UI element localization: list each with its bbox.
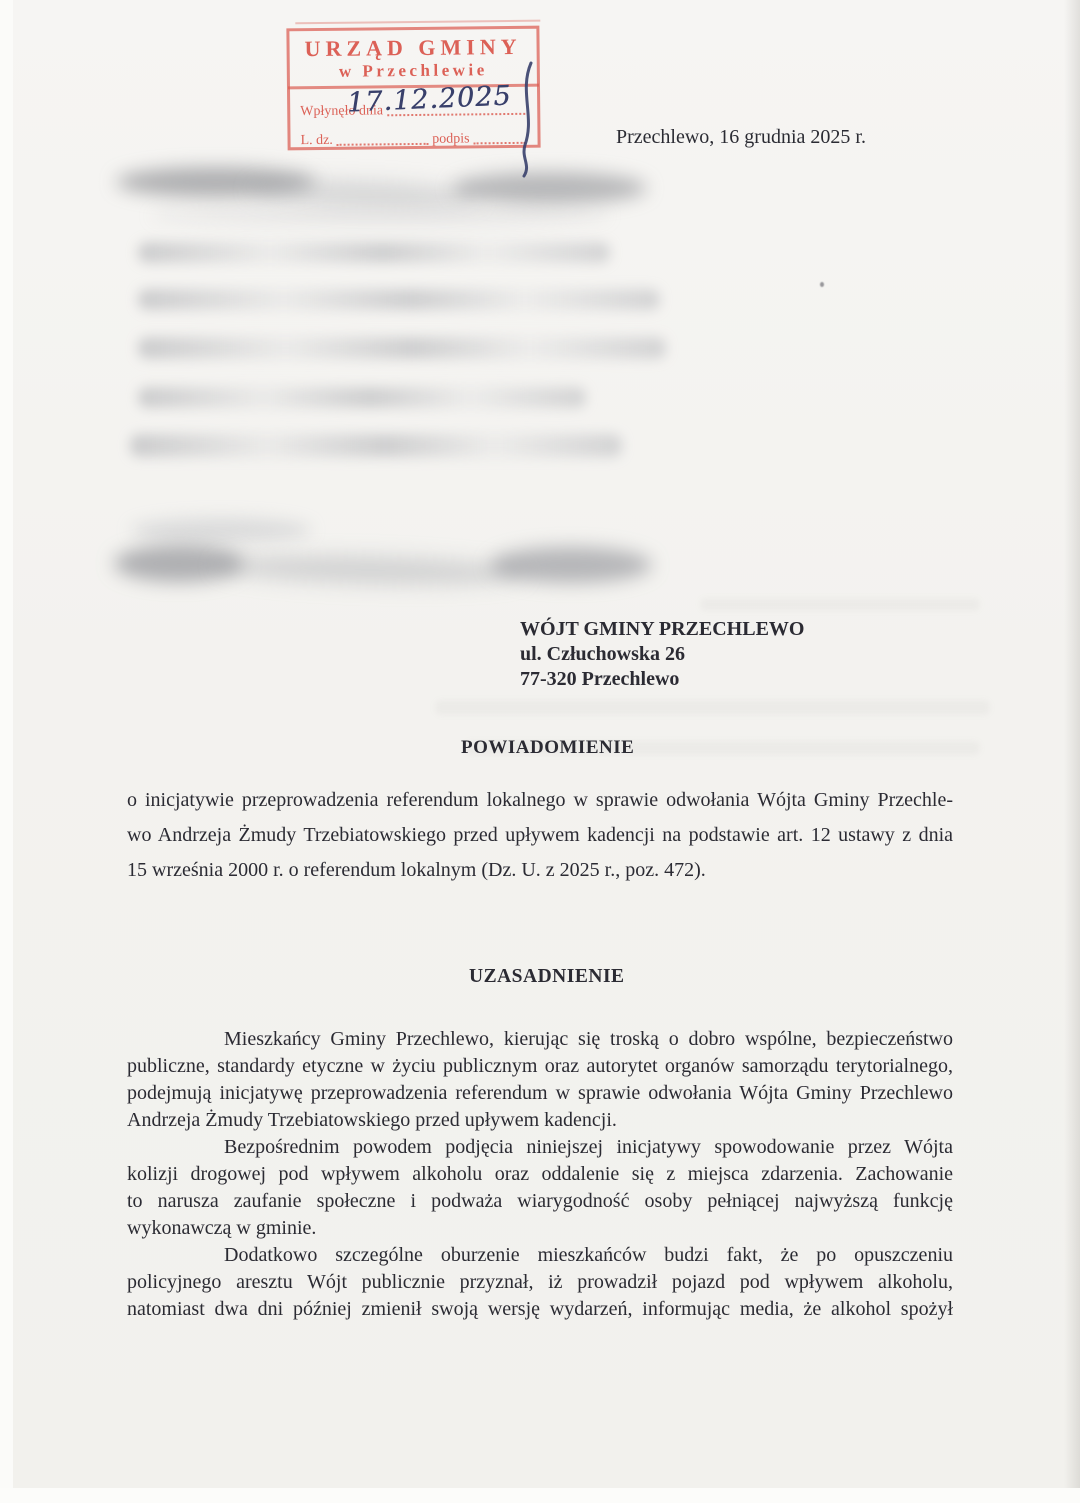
- justification-line: Andrzeja Żmudy Trzebiatowskiego przed up…: [127, 1107, 953, 1134]
- redacted-line: [131, 518, 311, 542]
- redacted-line: [138, 337, 666, 359]
- justification-line: kolizji drogowej pod wpływem alkoholu or…: [127, 1161, 953, 1188]
- scanned-letter-page: URZĄD GMINY w Przechlewie Wpłynęło dnia …: [0, 0, 1080, 1503]
- pen-signature-stroke: [505, 55, 555, 180]
- notice-title: POWIADOMIENIE: [461, 737, 634, 759]
- stamp-ref-label: L. dz.: [300, 133, 332, 149]
- scan-edge-right: [1064, 0, 1080, 1503]
- bleedthrough-ghost: [435, 700, 990, 715]
- justification-line: publiczne, standardy etyczne w życiu pub…: [127, 1053, 953, 1080]
- justification-line: to narusza zaufanie społeczne i podważa …: [127, 1188, 953, 1215]
- notice-body: o inicjatywie przeprowadzenia referendum…: [127, 783, 953, 888]
- dotted-line: [337, 134, 429, 146]
- justification-line: podejmują inicjatywę przeprowadzenia ref…: [127, 1080, 953, 1107]
- addressee-name: WÓJT GMINY PRZECHLEWO: [520, 617, 804, 642]
- justification-line: wykonawczą w gminie.: [127, 1215, 953, 1242]
- redacted-line: [138, 289, 660, 310]
- addressee-street: ul. Człuchowska 26: [520, 642, 804, 667]
- redacted-line: [130, 434, 622, 457]
- addressee-city: 77-320 Przechlewo: [520, 667, 804, 692]
- redacted-line: [138, 387, 586, 408]
- justification-line: Dodatkowo szczególne oburzenie mieszkańc…: [127, 1242, 953, 1269]
- justification-title: UZASADNIENIE: [469, 966, 625, 988]
- stamp-org-name: URZĄD GMINY: [289, 34, 536, 63]
- notice-line: 15 września 2000 r. o referendum lokalny…: [127, 853, 953, 888]
- justification-line: natomiast dwa dni później zmienił swoją …: [127, 1296, 953, 1323]
- redacted-line: [490, 547, 652, 583]
- justification-line: Mieszkańcy Gminy Przechlewo, kierując si…: [127, 1026, 953, 1053]
- redacted-line: [215, 552, 526, 589]
- scan-speck: [820, 282, 824, 287]
- redacted-line: [138, 242, 610, 263]
- redacted-line: [150, 207, 610, 225]
- scan-edge-left: [0, 0, 13, 1503]
- scan-edge-bottom: [0, 1488, 1080, 1503]
- stamp-signature-label: podpis: [432, 131, 470, 147]
- justification-body: Mieszkańcy Gminy Przechlewo, kierując si…: [127, 1026, 953, 1323]
- addressee-block: WÓJT GMINY PRZECHLEWO ul. Człuchowska 26…: [520, 617, 804, 692]
- notice-line: o inicjatywie przeprowadzenia referendum…: [127, 783, 953, 818]
- stamp-org-place: w Przechlewie: [290, 60, 537, 83]
- justification-line: Bezpośrednim powodem podjęcia niniejszej…: [127, 1134, 953, 1161]
- notice-line: wo Andrzeja Żmudy Trzebiatowskiego przed…: [127, 818, 953, 853]
- bleedthrough-ghost: [700, 598, 980, 611]
- justification-line: policyjnego aresztu Wójt publicznie przy…: [127, 1269, 953, 1296]
- place-and-date-line: Przechlewo, 16 grudnia 2025 r.: [616, 126, 866, 149]
- stamp-ref-row: L. dz. podpis: [300, 131, 529, 149]
